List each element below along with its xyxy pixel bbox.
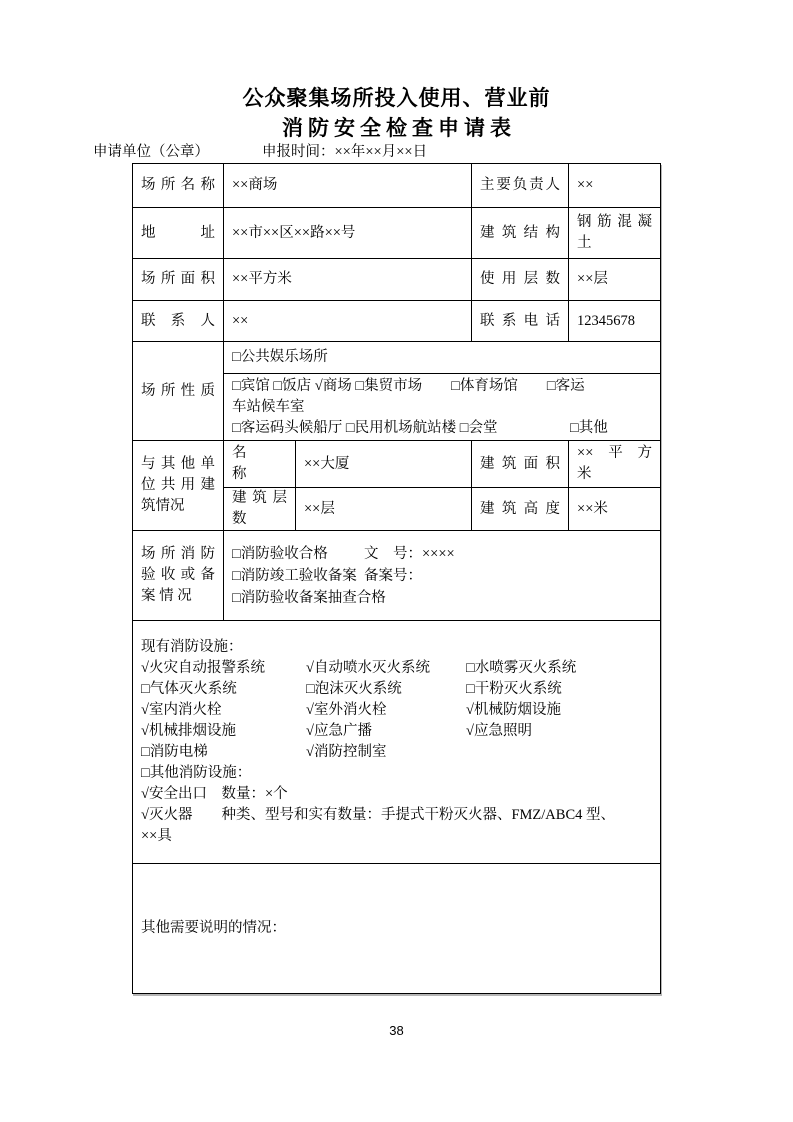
area-value: ××平方米 [224,259,472,301]
facility-checkbox: □泡沫灭火系统 [306,679,466,700]
facility-checkbox: √机械防烟设施 [466,700,652,721]
application-form-table: 场所名称 ××商场 主要负责人 ×× 地址 ××市××区××路××号 建筑结构 … [132,163,661,994]
facility-checkbox: □干粉灭火系统 [466,679,652,700]
principal-value: ×× [569,164,661,208]
nature-options: □宾馆 □饭店 √商场 □集贸市场 □体育场馆 □客运车站候车室□客运码头候船厅… [224,374,661,441]
floors-used-label: 使用层数 [472,259,569,301]
applicant-unit-label: 申请单位（公章） [93,140,209,161]
table-row-shared-1: 与其他单位共用建筑情况 名称 ××大厦 建筑面积 ××平方米 [133,441,661,488]
declaration-date-label: 申报时间：××年××月××日 [262,140,427,161]
building-floors-value: ××层 [296,488,472,531]
facilities-row: □气体灭火系统 □泡沫灭火系统 □干粉灭火系统 [141,679,652,700]
table-row-nature-1: 场所性质 □公共娱乐场所 [133,342,661,374]
acceptance-label: 场所消防验收或备案 情 况 [133,531,224,621]
acceptance-doc-number: 文 号：×××× [364,543,455,565]
facilities-row: □消防电梯 √消防控制室 [141,742,652,763]
venue-nature-label: 场所性质 [133,342,224,441]
building-area-label: 建筑面积 [472,441,569,488]
building-floors-label: 建筑层数 [224,488,296,531]
table-row-address: 地址 ××市××区××路××号 建筑结构 钢筋混凝土 [133,208,661,259]
structure-value: 钢筋混凝土 [569,208,661,259]
facility-checkbox: □气体灭火系统 [141,679,306,700]
table-row-contact: 联系人 ×× 联系电话 12345678 [133,301,661,342]
remarks-label: 其他需要说明的情况： [133,864,661,994]
acceptance-option-row: □消防竣工验收备案 备案号： [232,565,652,587]
acceptance-filing-number: 备案号： [364,565,422,587]
building-height-label: 建筑高度 [472,488,569,531]
acceptance-option-checkbox: □消防验收合格 [232,543,364,565]
facility-checkbox: √应急照明 [466,721,652,742]
facility-checkbox: √火灾自动报警系统 [141,658,306,679]
facilities-heading: 现有消防设施： [141,637,652,658]
principal-label: 主要负责人 [472,164,569,208]
facility-checkbox: √消防控制室 [306,742,466,763]
building-name-value: ××大厦 [296,441,472,488]
facilities-row: √机械排烟设施 √应急广播 √应急照明 [141,721,652,742]
facility-extinguisher-line: √灭火器 种类、型号和实有数量：手提式干粉灭火器、FMZ/ABC4 型、××具 [141,805,652,847]
facility-checkbox: √应急广播 [306,721,466,742]
table-row-facilities: 现有消防设施： √火灾自动报警系统 √自动喷水灭火系统 □水喷雾灭火系统 □气体… [133,621,661,864]
contact-person-value: ×× [224,301,472,342]
facility-checkbox: √室外消火栓 [306,700,466,721]
facilities-row: √室内消火栓 √室外消火栓 √机械防烟设施 [141,700,652,721]
building-height-value: ××米 [569,488,661,531]
page-number: 38 [0,1023,793,1038]
structure-label: 建筑结构 [472,208,569,259]
acceptance-option-row: □消防验收备案抽查合格 [232,587,652,609]
facility-checkbox: √自动喷水灭火系统 [306,658,466,679]
document-page: 公众聚集场所投入使用、营业前 消防安全检查申请表 申请单位（公章） 申报时间：×… [0,0,793,1122]
venue-name-value: ××商场 [224,164,472,208]
contact-phone-value: 12345678 [569,301,661,342]
address-label: 地址 [133,208,224,259]
acceptance-options: □消防验收合格 文 号：×××× □消防竣工验收备案 备案号： □消防验收备案抽… [224,531,661,621]
venue-name-label: 场所名称 [133,164,224,208]
address-value: ××市××区××路××号 [224,208,472,259]
facility-checkbox [466,742,652,763]
facility-checkbox: □消防电梯 [141,742,306,763]
facility-other-checkbox: □其他消防设施： [141,763,652,784]
facility-checkbox: √机械排烟设施 [141,721,306,742]
acceptance-option-checkbox: □消防竣工验收备案 [232,565,364,587]
facility-checkbox: □水喷雾灭火系统 [466,658,652,679]
nature-option-public-entertainment: □公共娱乐场所 [224,342,661,374]
table-row-acceptance: 场所消防验收或备案 情 况 □消防验收合格 文 号：×××× □消防竣工验收备案… [133,531,661,621]
floors-used-value: ××层 [569,259,661,301]
facilities-cell: 现有消防设施： √火灾自动报警系统 √自动喷水灭火系统 □水喷雾灭火系统 □气体… [133,621,661,864]
form-title-line2: 消防安全检查申请表 [0,112,793,142]
form-title-line1: 公众聚集场所投入使用、营业前 [0,82,793,112]
area-label: 场所面积 [133,259,224,301]
facility-checkbox: √室内消火栓 [141,700,306,721]
table-row-remarks: 其他需要说明的情况： [133,864,661,994]
acceptance-option-row: □消防验收合格 文 号：×××× [232,543,652,565]
table-row-venue-name: 场所名称 ××商场 主要负责人 ×× [133,164,661,208]
facilities-row: √火灾自动报警系统 √自动喷水灭火系统 □水喷雾灭火系统 [141,658,652,679]
acceptance-option-checkbox: □消防验收备案抽查合格 [232,587,386,609]
facility-exit-line: √安全出口 数量：×个 [141,784,652,805]
shared-building-label: 与其他单位共用建筑情况 [133,441,224,531]
building-area-value: ××平方米 [569,441,661,488]
contact-person-label: 联系人 [133,301,224,342]
table-row-area: 场所面积 ××平方米 使用层数 ××层 [133,259,661,301]
contact-phone-label: 联系电话 [472,301,569,342]
building-name-label: 名称 [224,441,296,488]
